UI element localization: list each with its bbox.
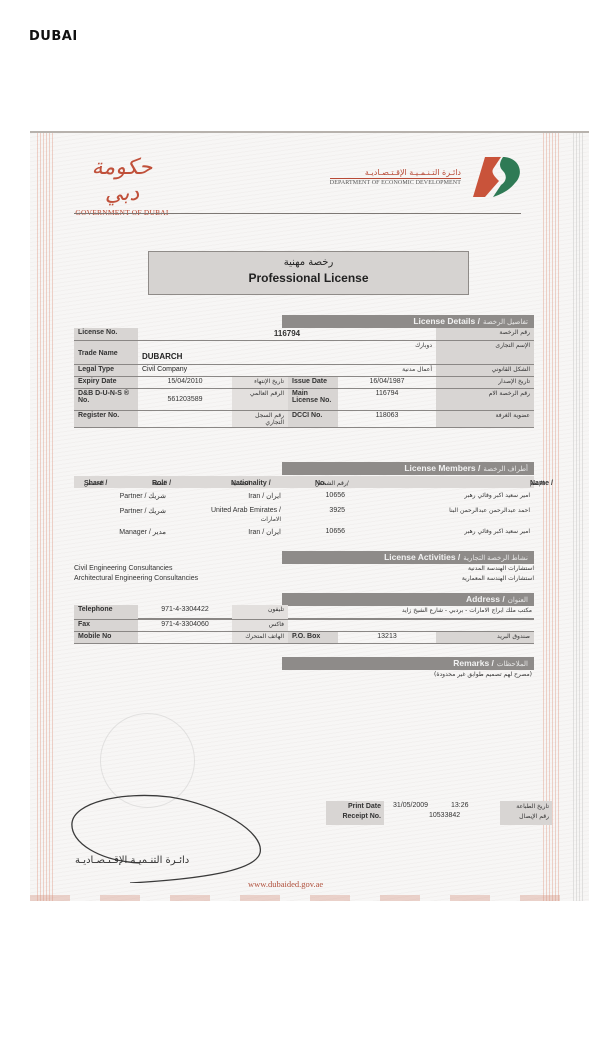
header-divider — [74, 213, 521, 214]
activity-item-ar: استشارات الهندسة المدنية — [468, 564, 534, 574]
ded-name-english: DEPARTMENT OF ECONOMIC DEVELOPMENT — [330, 178, 461, 186]
title-arabic: رخصة مهنية — [149, 257, 468, 268]
row-legal-type: Legal Type Civil Company أعمال مدنية الش… — [74, 364, 534, 376]
ded-name-arabic: دائـرة التـنـمـيـة الإقـتـصـاديـة — [330, 168, 461, 177]
row-telephone: Telephone 971-4-3304422 تليفون — [74, 605, 534, 619]
member-row: Partner / شريك Iran / ايران 10656 امير س… — [74, 490, 534, 504]
contact-table: Telephone 971-4-3304422 تليفون Fax 971-4… — [74, 605, 534, 644]
row-register: Register No. رقم السجل التجاري DCCI No. … — [74, 410, 534, 427]
member-row: Partner / شريك United Arab Emirates / ال… — [74, 505, 534, 527]
decorative-border-right — [543, 133, 559, 901]
signature-icon — [60, 783, 270, 883]
gov-logo-arabic: حكومة دبي — [72, 155, 172, 207]
section-license-members: License Members /أطراف الرخصة — [282, 462, 534, 475]
license-details-table: License No. 116794 رقم الرخصة Trade Name… — [74, 328, 534, 428]
ded-logo: دائـرة التـنـمـيـة الإقـتـصـاديـة DEPART… — [330, 155, 523, 199]
section-remarks: Remarks /الملاحظات — [282, 657, 534, 670]
print-time: 13:26 — [451, 802, 469, 809]
activity-item-en: Civil Engineering Consultancies — [74, 564, 172, 574]
section-license-details: License Details /تفاصيل الرخصة — [282, 315, 534, 328]
row-duns: D&B D-U-N-S ® No. 561203589 الرقم العالم… — [74, 388, 534, 410]
member-row: Manager / مدير Iran / ايران 10656 امير س… — [74, 526, 534, 540]
row-mobile-pobox: Mobile No الهاتف المتحرك P.O. Box 13213 … — [74, 631, 534, 643]
ded-emblem-icon — [471, 155, 523, 199]
print-date: 31/05/2009 — [393, 802, 428, 809]
website-link: www.dubaided.gov.ae — [248, 879, 323, 889]
row-trade-name: Trade Name DUBARCH دوبارك الإسم التجارى — [74, 340, 534, 364]
decorative-border-right-outer — [573, 133, 583, 901]
license-document-scan: حكومة دبي GOVERNMENT OF DUBAI دائـرة الت… — [30, 131, 589, 901]
decorative-border-left — [37, 133, 53, 901]
activity-item-ar: استشارات الهندسة المعمارية — [462, 574, 534, 584]
remarks-text: (مصرح لهم تصميم طوابق غير محدودة) — [434, 671, 532, 678]
page-heading: DUBAI — [29, 29, 78, 44]
members-table-header: Share / الحصص Role /الصفة Nationality / … — [74, 476, 534, 488]
activity-item-en: Architectural Engineering Consultancies — [74, 574, 198, 584]
row-license-no: License No. 116794 رقم الرخصة — [74, 328, 534, 340]
row-fax: Fax 971-4-3304060 فاكس — [74, 619, 534, 631]
decorative-bottom-strip — [30, 895, 589, 901]
section-license-activities: License Activities /نشاط الرخصة التجارية — [282, 551, 534, 564]
government-of-dubai-logo: حكومة دبي GOVERNMENT OF DUBAI — [72, 155, 172, 217]
document-title-box: رخصة مهنية Professional License — [148, 251, 469, 295]
row-dates: Expiry Date 15/04/2010 تاريخ الإنتهاء Is… — [74, 376, 534, 388]
department-stamp-text: دائـرة التنـميـة الإقـتـصـاديـة — [75, 855, 189, 866]
title-english: Professional License — [149, 271, 468, 285]
receipt-number: 10533842 — [429, 812, 460, 819]
